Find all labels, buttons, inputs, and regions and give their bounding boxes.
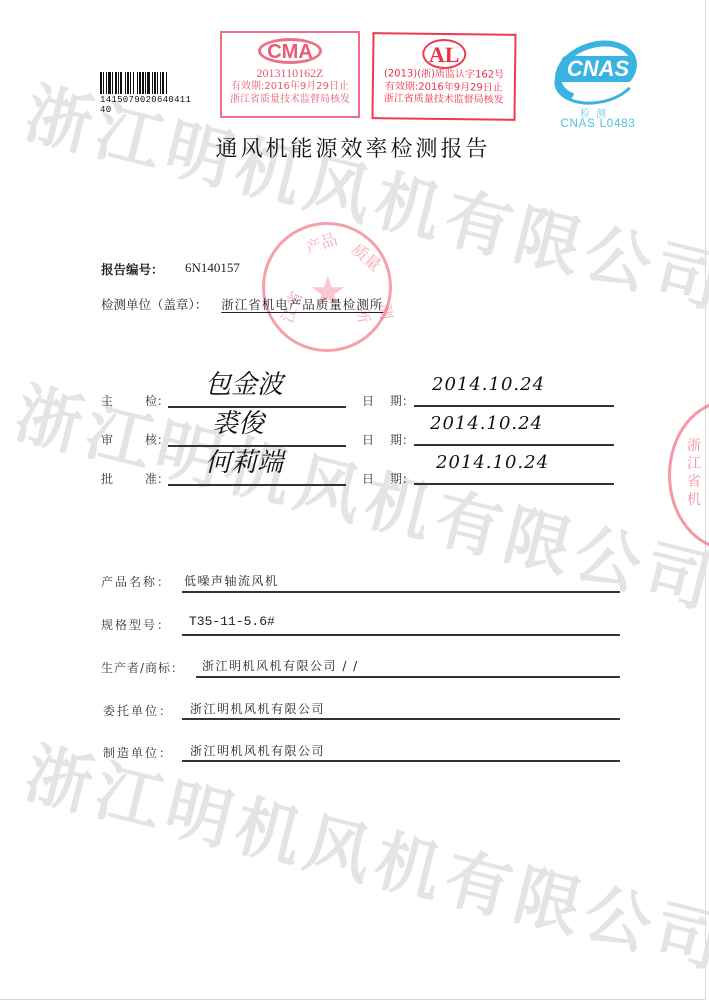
underline [182, 591, 620, 593]
barcode-bars-icon [100, 72, 204, 94]
date-line [414, 405, 614, 407]
underline [182, 760, 620, 762]
signature: 裘俊 [212, 403, 264, 440]
report-cover-page: 浙江明机风机有限公司 浙江明机风机有限公司 浙江明机风机有限公司 1415079… [0, 0, 706, 1000]
report-number-label: 报告编号： [101, 262, 164, 277]
underline [182, 634, 620, 636]
role-label-a: 审 [101, 431, 113, 448]
role-label-a: 批 [101, 470, 113, 487]
page-title: 通风机能源效率检测报告 [0, 132, 706, 163]
signature: 包金波 [205, 364, 283, 401]
producer-label: 生产者/商标： [101, 659, 184, 676]
date-label-a: 日 [362, 470, 374, 487]
client-label: 委托单位： [103, 702, 173, 719]
cal-logo-icon: AL [422, 39, 466, 70]
underline [182, 718, 620, 720]
testing-lab-value: 浙江省机电产品质量检测所 [221, 297, 383, 312]
role-label-b: 核： [145, 431, 169, 448]
client-value: 浙江明机风机有限公司 [190, 700, 325, 717]
cal-issuer: 浙江省质量技术监督局核发 [374, 93, 514, 107]
manufacturer-value: 浙江明机风机有限公司 [190, 742, 325, 759]
role-label-b: 准： [145, 470, 169, 487]
report-number-value: 6N140157 [185, 260, 240, 276]
testing-lab-row: 检测单位（盖章）： 浙江省机电产品质量检测所 [101, 295, 383, 313]
cma-code: 2013110162Z [222, 67, 358, 80]
testing-lab-label: 检测单位（盖章）： [101, 297, 207, 312]
role-label-a: 主 [101, 392, 113, 409]
date-label-a: 日 [362, 431, 374, 448]
report-number-row: 报告编号： 6N140157 [101, 260, 164, 278]
cnas-code: CNAS L0483 [546, 118, 650, 130]
barcode: 1415079020640411 40 [100, 72, 204, 115]
date-line [414, 444, 614, 446]
signature-line [168, 484, 346, 486]
date-line [414, 483, 614, 485]
date-label-b: 期： [390, 470, 414, 487]
role-label-b: 检： [145, 392, 169, 409]
cnas-logo-text: CNAS [558, 56, 638, 82]
underline [196, 676, 620, 678]
date-label-b: 期： [390, 392, 414, 409]
cnas-mark: CNAS 检测 CNAS L0483 [550, 38, 650, 138]
product-name-label: 产品名称： [101, 573, 171, 590]
cma-stamp: CMA 2013110162Z 有效期:2016年9月29日止 浙江省质量技术监… [220, 31, 360, 118]
signature-date: 2014.10.24 [436, 452, 549, 473]
barcode-number: 1415079020640411 40 [100, 95, 204, 115]
signature: 何莉端 [205, 442, 283, 479]
date-label-a: 日 [362, 392, 374, 409]
model-value: T35-11-5.6# [189, 614, 275, 629]
cma-issuer: 浙江省质量技术监督局核发 [222, 93, 358, 106]
cal-stamp: AL (2013)(浙)质监认字162号 有效期:2016年9月29日止 浙江省… [371, 32, 516, 121]
producer-value: 浙江明机风机有限公司 / / [202, 657, 359, 674]
signature-date: 2014.10.24 [430, 413, 543, 434]
cal-code: (2013)(浙)质监认字162号 [374, 68, 514, 82]
signature-date: 2014.10.24 [432, 374, 545, 395]
date-label-b: 期： [390, 431, 414, 448]
model-label: 规格型号： [101, 616, 171, 633]
product-name-value: 低噪声轴流风机 [184, 572, 279, 589]
manufacturer-label: 制造单位： [103, 744, 173, 761]
edge-seal-text: 浙江省机 [687, 437, 707, 509]
cma-logo-icon: CMA [258, 38, 322, 64]
cma-validity: 有效期:2016年9月29日止 [222, 80, 358, 93]
lab-seal: ★ 产品 质量 测所 江省 [262, 222, 392, 352]
